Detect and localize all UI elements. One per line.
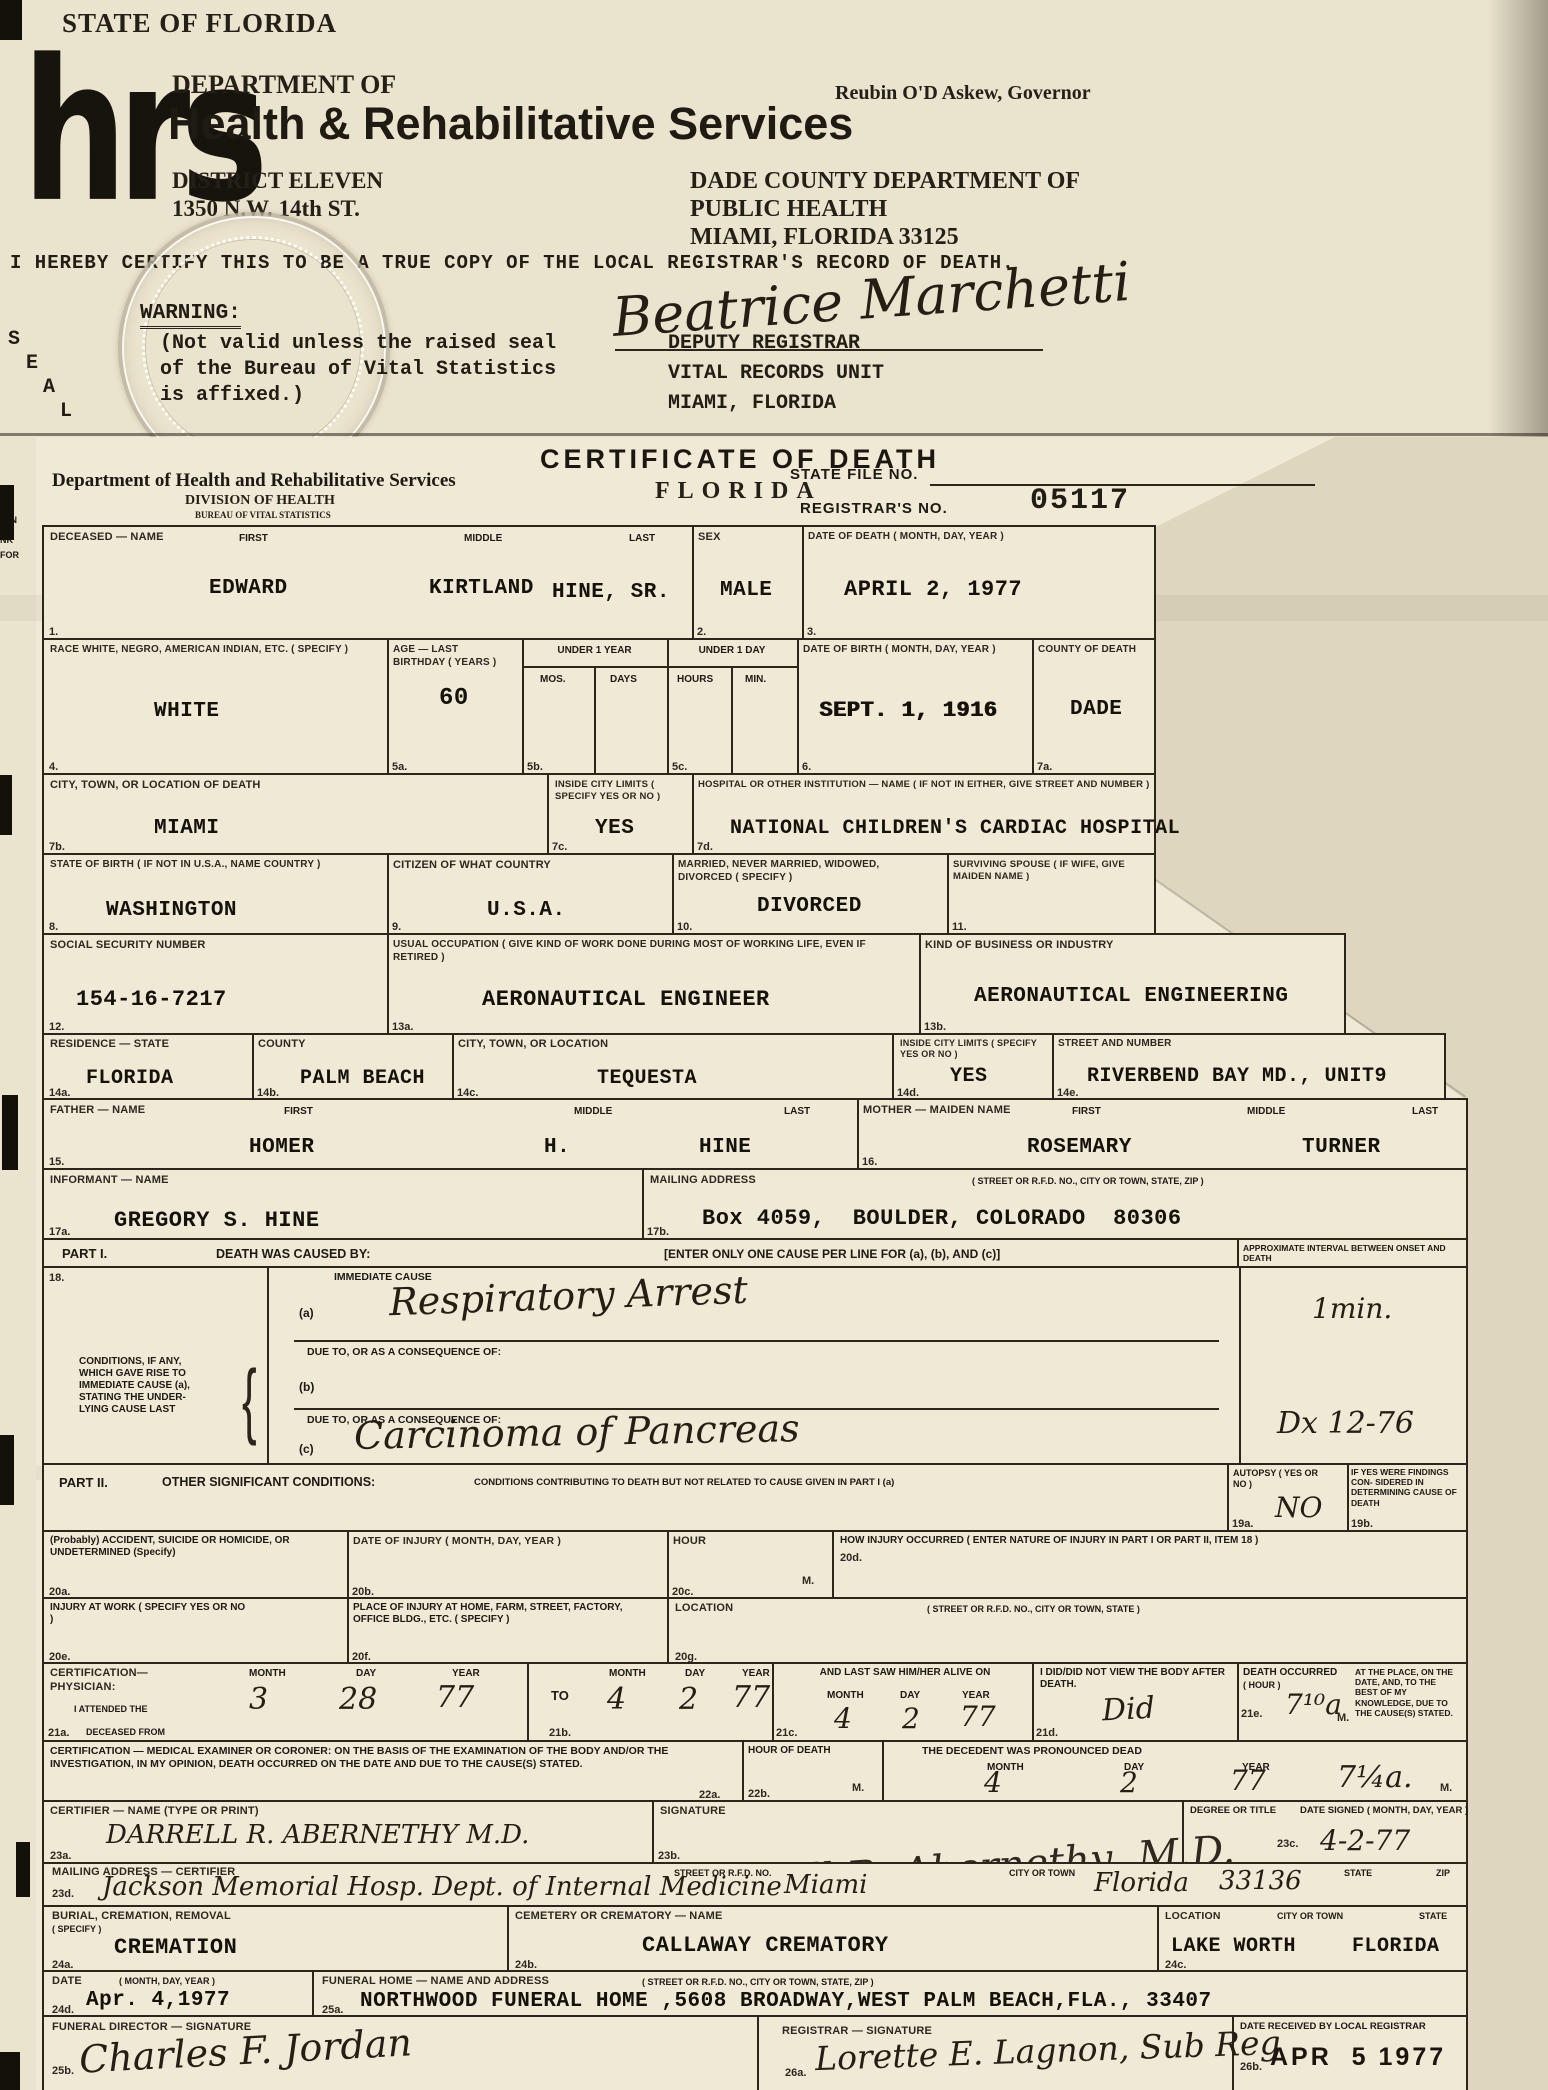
form-agency-line2: DIVISION OF HEALTH bbox=[185, 493, 335, 509]
field-residence-city: CITY, TOWN, OR LOCATION 14c. TEQUESTA bbox=[452, 1035, 894, 1102]
row-parents: FATHER — NAME FIRST MIDDLE LAST 15. HOME… bbox=[42, 1098, 1468, 1174]
field-label: HOW INJURY OCCURRED ( ENTER NATURE OF IN… bbox=[840, 1535, 1258, 1547]
value-viewed-body: Did bbox=[1101, 1691, 1156, 1729]
field-number: 1. bbox=[49, 626, 58, 638]
value-to-day: 2 bbox=[679, 1682, 698, 1717]
field-number: 17b. bbox=[647, 1226, 669, 1238]
field-residence-county: COUNTY 14b. PALM BEACH bbox=[252, 1035, 454, 1102]
value-interval-a: 1min. bbox=[1312, 1292, 1392, 1325]
field-number: 18. bbox=[49, 1272, 64, 1284]
field-number: 19b. bbox=[1351, 1518, 1373, 1530]
col-label-day: DAY bbox=[685, 1668, 705, 1679]
value-burial-date: Apr. 4,1977 bbox=[86, 1989, 230, 2012]
value-hospital: NATIONAL CHILDREN'S CARDIAC HOSPITAL bbox=[730, 817, 1180, 840]
field-city-of-death: CITY, TOWN, OR LOCATION OF DEATH 7b. MIA… bbox=[44, 775, 549, 857]
field-label: SURVIVING SPOUSE ( IF WIFE, GIVE MAIDEN … bbox=[953, 859, 1143, 883]
date-signed-label: DATE SIGNED ( MONTH, DAY, YEAR ) bbox=[1300, 1805, 1468, 1816]
row-deceased: DECEASED — NAME FIRST MIDDLE LAST 1. EDW… bbox=[42, 525, 1156, 644]
field-race: RACE WHITE, NEGRO, AMERICAN INDIAN, ETC.… bbox=[44, 640, 389, 777]
field-number: 20d. bbox=[840, 1552, 862, 1564]
column-divider bbox=[731, 666, 733, 777]
sublabel-zip: ZIP bbox=[1436, 1868, 1450, 1879]
warning-line3: is affixed.) bbox=[160, 384, 304, 407]
value-from-day: 28 bbox=[339, 1682, 377, 1717]
registrar-no-label: REGISTRAR'S NO. bbox=[800, 500, 948, 517]
value-saw-day: 2 bbox=[902, 1702, 920, 1735]
value-marital-status: DIVORCED bbox=[757, 895, 862, 918]
field-label: LOCATION bbox=[675, 1602, 733, 1616]
form-agency-line1: Department of Health and Rehabilitative … bbox=[52, 470, 456, 492]
field-burial-type: BURIAL, CREMATION, REMOVAL ( SPECIFY ) 2… bbox=[44, 1907, 509, 1974]
line-b-label: (b) bbox=[299, 1380, 314, 1394]
subheader: UNDER 1 YEAR bbox=[522, 640, 667, 668]
col-label-last: LAST bbox=[1412, 1106, 1438, 1117]
scan-mark bbox=[2, 1095, 18, 1170]
attended-label: I ATTENDED THE bbox=[74, 1704, 148, 1715]
field-label: UNDER 1 DAY bbox=[699, 645, 766, 656]
row-informant: INFORMANT — NAME 17a. GREGORY S. HINE MA… bbox=[42, 1168, 1468, 1244]
row-residence: RESIDENCE — STATE 14a. FLORIDA COUNTY 14… bbox=[42, 1033, 1446, 1104]
value-father-middle: H. bbox=[544, 1136, 570, 1159]
state-file-label: STATE FILE NO. bbox=[790, 466, 918, 483]
certification-text: AT THE PLACE, ON THE DATE, AND, TO THE B… bbox=[1355, 1667, 1461, 1718]
death-certificate-scan: STATE OF FLORIDA hrs DEPARTMENT OF Healt… bbox=[0, 0, 1548, 2090]
field-place-of-injury: PLACE OF INJURY AT HOME, FARM, STREET, F… bbox=[347, 1599, 669, 1666]
field-date-received: DATE RECEIVED BY LOCAL REGISTRAR 26b. AP… bbox=[1232, 2017, 1466, 2090]
subheader: UNDER 1 DAY bbox=[667, 640, 797, 668]
cause-line-a-rule bbox=[294, 1340, 1219, 1342]
field-pronounced-dead: THE DECEDENT WAS PRONOUNCED DEAD MONTH D… bbox=[882, 1742, 1466, 1804]
row-funeral: DATE ( MONTH, DAY, YEAR ) 24d. Apr. 4,19… bbox=[42, 1970, 1468, 2021]
field-crematory-location: LOCATION CITY OR TOWN STATE 24c. LAKE WO… bbox=[1157, 1907, 1466, 1974]
field-burial-date: DATE ( MONTH, DAY, YEAR ) 24d. Apr. 4,19… bbox=[44, 1972, 314, 2019]
value-saw-year: 77 bbox=[960, 1700, 996, 1733]
value-pronounced-year: 77 bbox=[1230, 1764, 1266, 1797]
part2-label: PART II. bbox=[59, 1475, 108, 1490]
field-label: IF YES WERE FINDINGS CON- SIDERED IN DET… bbox=[1351, 1467, 1461, 1508]
col-label-day: DAY bbox=[356, 1668, 376, 1679]
value-date-of-birth: SEPT. 1, 1916 bbox=[819, 698, 997, 723]
field-label: DATE RECEIVED BY LOCAL REGISTRAR bbox=[1240, 2021, 1460, 2032]
hour-label: ( HOUR ) bbox=[1243, 1680, 1281, 1691]
field-under-1-day: UNDER 1 DAY HOURS MIN. 5c. bbox=[667, 640, 799, 777]
value-residence-limits: YES bbox=[950, 1065, 988, 1088]
seal-letter-a: A bbox=[43, 376, 55, 399]
field-age: AGE — LAST BIRTHDAY ( YEARS ) 5a. 60 bbox=[387, 640, 524, 777]
field-sublabel: ( STREET OR R.F.D. NO., CITY OR TOWN, ST… bbox=[927, 1604, 1140, 1615]
field-number: 7b. bbox=[49, 841, 65, 853]
row-cert-examiner: CERTIFICATION — MEDICAL EXAMINER OR CORO… bbox=[42, 1740, 1468, 1806]
field-label: I DID/DID NOT VIEW THE BODY AFTER DEATH. bbox=[1040, 1667, 1225, 1691]
field-label: CERTIFICATION — MEDICAL EXAMINER OR CORO… bbox=[50, 1745, 722, 1770]
field-street-number: STREET AND NUMBER 14e. RIVERBEND BAY MD.… bbox=[1052, 1035, 1444, 1102]
value-location-state: FLORIDA bbox=[1352, 1935, 1440, 1958]
value-autopsy: NO bbox=[1275, 1491, 1322, 1524]
field-informant-address: MAILING ADDRESS ( STREET OR R.F.D. NO., … bbox=[642, 1170, 1466, 1242]
scan-mark bbox=[0, 775, 12, 835]
field-label: CERTIFICATION— bbox=[50, 1667, 148, 1681]
field-injury-at-work: INJURY AT WORK ( SPECIFY YES OR NO ) 20e… bbox=[44, 1599, 349, 1666]
col-label-month: MONTH bbox=[827, 1690, 864, 1701]
field-injury-hour: HOUR 20c. M. bbox=[667, 1532, 834, 1601]
row-signatures: FUNERAL DIRECTOR — SIGNATURE 25b. Charle… bbox=[42, 2015, 1468, 2090]
row-injury-work: INJURY AT WORK ( SPECIFY YES OR NO ) 20e… bbox=[42, 1597, 1468, 1668]
field-number: 7a. bbox=[1037, 761, 1052, 773]
row-part2: PART II. OTHER SIGNIFICANT CONDITIONS: C… bbox=[42, 1463, 1468, 1536]
field-label: CEMETERY OR CREMATORY — NAME bbox=[515, 1910, 723, 1924]
field-label: AGE — LAST BIRTHDAY ( YEARS ) bbox=[393, 644, 513, 669]
col-label-first: FIRST bbox=[284, 1106, 313, 1117]
field-label: APPROXIMATE INTERVAL BETWEEN ONSET AND D… bbox=[1243, 1243, 1458, 1263]
field-label: PHYSICIAN: bbox=[50, 1681, 116, 1695]
col-label-first: FIRST bbox=[239, 533, 268, 544]
value-occupation: AERONAUTICAL ENGINEER bbox=[482, 987, 770, 1012]
letterhead-dept-name: Health & Rehabilitative Services bbox=[168, 98, 853, 150]
row-burial: BURIAL, CREMATION, REMOVAL ( SPECIFY ) 2… bbox=[42, 1905, 1468, 1976]
field-label: DATE bbox=[52, 1975, 82, 1989]
sheet-top-edge bbox=[0, 433, 1548, 436]
scan-mark bbox=[16, 1842, 30, 1897]
field-label: CERTIFIER — NAME (TYPE OR PRINT) bbox=[50, 1805, 259, 1819]
value-certifier-zip: 33136 bbox=[1219, 1866, 1302, 1896]
value-residence-city: TEQUESTA bbox=[597, 1067, 697, 1090]
field-number: 12. bbox=[49, 1021, 64, 1033]
field-number: 13a. bbox=[392, 1021, 413, 1033]
field-examiner-certification: CERTIFICATION — MEDICAL EXAMINER OR CORO… bbox=[44, 1742, 744, 1804]
margin-fragment-3: FOR bbox=[0, 550, 19, 561]
field-accident-type: (Probably) ACCIDENT, SUICIDE OR HOMICIDE… bbox=[44, 1532, 349, 1601]
field-number: 2. bbox=[697, 626, 706, 638]
part1-title: DEATH WAS CAUSED BY: bbox=[216, 1247, 370, 1261]
deputy-title: DEPUTY REGISTRAR bbox=[668, 332, 860, 355]
field-number: 17a. bbox=[49, 1226, 70, 1238]
value-citizen: U.S.A. bbox=[487, 899, 566, 922]
row-vitals: RACE WHITE, NEGRO, AMERICAN INDIAN, ETC.… bbox=[42, 638, 1156, 779]
col-label-month: MONTH bbox=[609, 1668, 646, 1679]
field-number: 16. bbox=[862, 1156, 877, 1168]
field-label: (Probably) ACCIDENT, SUICIDE OR HOMICIDE… bbox=[50, 1535, 330, 1559]
field-number: 4. bbox=[49, 761, 58, 773]
field-injury-location: LOCATION ( STREET OR R.F.D. NO., CITY OR… bbox=[667, 1599, 1466, 1666]
field-inside-city-limits: INSIDE CITY LIMITS ( SPECIFY YES OR NO )… bbox=[547, 775, 694, 857]
col-label-last: LAST bbox=[784, 1106, 810, 1117]
field-marital-status: MARRIED, NEVER MARRIED, WIDOWED, DIVORCE… bbox=[672, 855, 949, 937]
field-number: 5c. bbox=[672, 761, 687, 773]
registrar-no-value: 05117 bbox=[1030, 484, 1130, 518]
value-first-name: EDWARD bbox=[209, 577, 288, 600]
col-label-months: MOS. bbox=[540, 674, 566, 685]
seal-letter-s: S bbox=[8, 328, 20, 351]
field-label: USUAL OCCUPATION ( GIVE KIND OF WORK DON… bbox=[393, 939, 903, 964]
field-residence-state: RESIDENCE — STATE 14a. FLORIDA bbox=[44, 1035, 254, 1102]
value-death-hour: 7¹⁰a bbox=[1285, 1688, 1342, 1721]
scan-mark bbox=[0, 2052, 20, 2090]
row-work: SOCIAL SECURITY NUMBER 12. 154-16-7217 U… bbox=[42, 933, 1346, 1039]
row-certifier-address: MAILING ADDRESS — CERTIFIER 23d. STREET … bbox=[42, 1862, 1468, 1911]
value-middle-name: KIRTLAND bbox=[429, 577, 534, 600]
field-attended-from: CERTIFICATION— PHYSICIAN: I ATTENDED THE… bbox=[44, 1664, 529, 1744]
col-label-month: MONTH bbox=[249, 1668, 286, 1679]
field-label: CITY, TOWN, OR LOCATION bbox=[458, 1038, 608, 1052]
field-label: DATE OF DEATH ( MONTH, DAY, YEAR ) bbox=[808, 531, 1004, 544]
brace-glyph: { bbox=[242, 1354, 257, 1449]
sublabel-state: STATE bbox=[1419, 1911, 1447, 1922]
field-number: 5b. bbox=[527, 761, 543, 773]
meridiem-label: M. bbox=[802, 1575, 814, 1587]
value-certifier-name: DARRELL R. ABERNETHY M.D. bbox=[106, 1820, 529, 1850]
col-label-days: DAYS bbox=[610, 674, 637, 685]
field-certifier-name: CERTIFIER — NAME (TYPE OR PRINT) 23a. DA… bbox=[44, 1802, 654, 1866]
value-from-month: 3 bbox=[249, 1682, 268, 1717]
value-crematory-name: CALLAWAY CREMATORY bbox=[642, 1933, 889, 1958]
field-number: 13b. bbox=[924, 1021, 946, 1033]
field-sublabel: ( SPECIFY ) bbox=[52, 1924, 101, 1935]
part2-conditions: PART II. OTHER SIGNIFICANT CONDITIONS: C… bbox=[44, 1465, 1229, 1534]
col-label-hours: HOURS bbox=[677, 674, 713, 685]
field-business: KIND OF BUSINESS OR INDUSTRY 13b. AERONA… bbox=[919, 935, 1344, 1037]
field-label: KIND OF BUSINESS OR INDUSTRY bbox=[925, 939, 1114, 953]
row-accident: (Probably) ACCIDENT, SUICIDE OR HOMICIDE… bbox=[42, 1530, 1468, 1603]
field-label: HOSPITAL OR OTHER INSTITUTION — NAME ( I… bbox=[698, 779, 1149, 791]
field-hospital: HOSPITAL OR OTHER INSTITUTION — NAME ( I… bbox=[692, 775, 1154, 857]
warning-line1: (Not valid unless the raised seal bbox=[160, 332, 556, 355]
field-label: SOCIAL SECURITY NUMBER bbox=[50, 939, 206, 953]
field-number: 22b. bbox=[748, 1788, 770, 1800]
governor-name: Reubin O'D Askew, Governor bbox=[835, 82, 1091, 105]
sublabel-state: STATE bbox=[1344, 1868, 1372, 1879]
deputy-unit: VITAL RECORDS UNIT bbox=[668, 362, 884, 385]
field-label: INFORMANT — NAME bbox=[50, 1174, 169, 1188]
row-cert-physician: CERTIFICATION— PHYSICIAN: I ATTENDED THE… bbox=[42, 1662, 1468, 1746]
value-certifier-state: Florida bbox=[1094, 1868, 1189, 1898]
warning-title: WARNING: bbox=[140, 302, 241, 329]
deputy-city: MIAMI, FLORIDA bbox=[668, 392, 836, 415]
form-agency-line3: BUREAU OF VITAL STATISTICS bbox=[195, 510, 331, 520]
col-label-first: FIRST bbox=[1072, 1106, 1101, 1117]
value-location-city: LAKE WORTH bbox=[1171, 1935, 1296, 1958]
field-date-of-birth: DATE OF BIRTH ( MONTH, DAY, YEAR ) 6. SE… bbox=[797, 640, 1034, 777]
county-dept-line2: PUBLIC HEALTH bbox=[690, 196, 887, 223]
field-label: STREET AND NUMBER bbox=[1058, 1038, 1172, 1051]
field-label: DEATH OCCURRED bbox=[1243, 1667, 1337, 1679]
field-label: INSIDE CITY LIMITS ( SPECIFY YES OR NO ) bbox=[900, 1038, 1040, 1061]
county-dept-line1: DADE COUNTY DEPARTMENT OF bbox=[690, 168, 1080, 195]
to-label: TO bbox=[551, 1688, 569, 1703]
meridiem-label: M. bbox=[1440, 1782, 1452, 1794]
row-certifier: CERTIFIER — NAME (TYPE OR PRINT) 23a. DA… bbox=[42, 1800, 1468, 1868]
field-under-1-year: UNDER 1 YEAR MOS. DAYS 5b. bbox=[522, 640, 669, 777]
due-to-label-1: DUE TO, OR AS A CONSEQUENCE OF: bbox=[307, 1346, 501, 1358]
seal-letter-l: L bbox=[60, 400, 72, 423]
field-number: 21c. bbox=[776, 1727, 797, 1739]
field-number: 23c. bbox=[1277, 1838, 1298, 1850]
value-date-of-death: APRIL 2, 1977 bbox=[844, 577, 1022, 602]
col-label-year: YEAR bbox=[452, 1668, 480, 1679]
field-number: 25b. bbox=[52, 2065, 74, 2077]
seal-letter-e: E bbox=[26, 352, 38, 375]
field-number: 15. bbox=[49, 1156, 64, 1168]
meridiem-label: M. bbox=[852, 1782, 864, 1794]
part1-cause-column: IMMEDIATE CAUSE (a) Respiratory Arrest D… bbox=[267, 1268, 1241, 1467]
column-divider bbox=[594, 666, 596, 777]
field-label: AUTOPSY ( YES OR NO ) bbox=[1233, 1468, 1333, 1490]
value-last-name: HINE, SR. bbox=[552, 581, 670, 604]
field-label: RACE WHITE, NEGRO, AMERICAN INDIAN, ETC.… bbox=[50, 644, 375, 657]
field-number: 26b. bbox=[1240, 2061, 1262, 2073]
field-label: FUNERAL HOME — NAME AND ADDRESS bbox=[322, 1975, 549, 1989]
field-how-injury: HOW INJURY OCCURRED ( ENTER NATURE OF IN… bbox=[832, 1532, 1466, 1601]
field-funeral-home: FUNERAL HOME — NAME AND ADDRESS ( STREET… bbox=[312, 1972, 1466, 2019]
field-registrar-signature: REGISTRAR — SIGNATURE 26a. Lorette E. La… bbox=[757, 2017, 1234, 2090]
value-funeral-home: NORTHWOOD FUNERAL HOME ,5608 BROADWAY,WE… bbox=[360, 1990, 1212, 2013]
value-interval-c: Dx 12-76 bbox=[1277, 1406, 1414, 1441]
sublabel-city: CITY OR TOWN bbox=[1009, 1868, 1075, 1879]
field-number: 21e. bbox=[1241, 1708, 1262, 1720]
from-label: DECEASED FROM bbox=[86, 1727, 165, 1738]
scan-mark bbox=[0, 1435, 14, 1505]
line-a-label: (a) bbox=[299, 1306, 314, 1320]
field-funeral-director-signature: FUNERAL DIRECTOR — SIGNATURE 25b. Charle… bbox=[44, 2017, 759, 2090]
letterhead-dept: DEPARTMENT OF bbox=[172, 70, 396, 100]
letterhead-district: DISTRICT ELEVEN bbox=[172, 168, 383, 194]
field-number: 23d. bbox=[52, 1888, 74, 1900]
field-number: 26a. bbox=[785, 2067, 806, 2079]
field-label: COUNTY OF DEATH bbox=[1038, 644, 1136, 657]
field-county-of-death: COUNTY OF DEATH 7a. DADE bbox=[1032, 640, 1154, 777]
field-viewed-body: I DID/DID NOT VIEW THE BODY AFTER DEATH.… bbox=[1032, 1664, 1239, 1744]
value-pronounced-day: 2 bbox=[1120, 1766, 1138, 1799]
value-county-of-death: DADE bbox=[1070, 698, 1122, 721]
field-deceased-name: DECEASED — NAME FIRST MIDDLE LAST 1. EDW… bbox=[44, 527, 694, 642]
part2-sublabel: CONDITIONS CONTRIBUTING TO DEATH BUT NOT… bbox=[474, 1477, 894, 1488]
meridiem-label: M. bbox=[1337, 1712, 1349, 1724]
col-label-middle: MIDDLE bbox=[464, 533, 502, 544]
field-label: FATHER — NAME bbox=[50, 1104, 145, 1118]
value-residence-state: FLORIDA bbox=[86, 1067, 174, 1090]
field-label: DECEASED — NAME bbox=[50, 531, 164, 545]
field-label: STATE OF BIRTH ( IF NOT IN U.S.A., NAME … bbox=[50, 859, 370, 872]
field-ssn: SOCIAL SECURITY NUMBER 12. 154-16-7217 bbox=[44, 935, 389, 1037]
value-residence-county: PALM BEACH bbox=[300, 1067, 425, 1090]
value-mother-last: TURNER bbox=[1302, 1136, 1381, 1159]
col-label-last: LAST bbox=[629, 533, 655, 544]
field-label: CITIZEN OF WHAT COUNTRY bbox=[393, 859, 551, 873]
value-city-of-death: MIAMI bbox=[154, 817, 220, 840]
field-sublabel: ( STREET OR R.F.D. NO., CITY OR TOWN, ST… bbox=[642, 1977, 874, 1988]
field-label: BURIAL, CREMATION, REMOVAL bbox=[52, 1910, 231, 1924]
field-mother-name: MOTHER — MAIDEN NAME FIRST MIDDLE LAST 1… bbox=[857, 1100, 1466, 1172]
row-part1-body: 18. CONDITIONS, IF ANY, WHICH GAVE RISE … bbox=[42, 1266, 1468, 1469]
field-number: 6. bbox=[802, 761, 811, 773]
field-number: 23a. bbox=[50, 1850, 71, 1862]
field-label: MARRIED, NEVER MARRIED, WIDOWED, DIVORCE… bbox=[678, 859, 933, 884]
field-surviving-spouse: SURVIVING SPOUSE ( IF WIFE, GIVE MAIDEN … bbox=[947, 855, 1154, 937]
field-label: PLACE OF INJURY AT HOME, FARM, STREET, F… bbox=[353, 1602, 653, 1626]
scan-mark bbox=[0, 485, 14, 540]
value-saw-month: 4 bbox=[834, 1702, 852, 1735]
value-certifier-address: Jackson Memorial Hosp. Dept. of Internal… bbox=[102, 1872, 782, 1902]
field-date-of-death: DATE OF DEATH ( MONTH, DAY, YEAR ) 3. AP… bbox=[802, 527, 1154, 642]
field-death-occurred: DEATH OCCURRED ( HOUR ) 21e. 7¹⁰a M. AT … bbox=[1237, 1664, 1466, 1744]
field-label: HOUR OF DEATH bbox=[748, 1745, 843, 1757]
field-label: MAILING ADDRESS bbox=[650, 1174, 756, 1188]
field-number: 7c. bbox=[552, 841, 567, 853]
value-immediate-cause: Respiratory Arrest bbox=[388, 1268, 748, 1324]
paper-edge-shade bbox=[1488, 0, 1548, 440]
value-from-year: 77 bbox=[436, 1680, 474, 1715]
field-number: 21d. bbox=[1036, 1727, 1058, 1739]
field-sublabel: ( STREET OR R.F.D. NO., CITY OR TOWN, ST… bbox=[972, 1176, 1204, 1187]
value-mother-first: ROSEMARY bbox=[1027, 1136, 1132, 1159]
degree-label: DEGREE OR TITLE bbox=[1190, 1805, 1276, 1816]
field-label: CITY, TOWN, OR LOCATION OF DEATH bbox=[50, 779, 261, 793]
value-pronounced-month: 4 bbox=[984, 1766, 1002, 1799]
value-informant-address: Box 4059, BOULDER, COLORADO 80306 bbox=[702, 1206, 1182, 1231]
value-to-year: 77 bbox=[732, 1680, 770, 1715]
field-number: 9. bbox=[392, 921, 401, 933]
field-crematory-name: CEMETERY OR CREMATORY — NAME 24b. CALLAW… bbox=[507, 1907, 1159, 1974]
field-residence-limits: INSIDE CITY LIMITS ( SPECIFY YES OR NO )… bbox=[892, 1035, 1054, 1102]
col-label-day: DAY bbox=[900, 1690, 920, 1701]
field-label: DATE OF BIRTH ( MONTH, DAY, YEAR ) bbox=[803, 644, 1023, 657]
field-label: HOUR bbox=[673, 1535, 706, 1549]
value-pronounced-hour: 7¼a. bbox=[1337, 1760, 1413, 1795]
field-autopsy: AUTOPSY ( YES OR NO ) 19a. NO bbox=[1227, 1465, 1349, 1534]
value-informant-name: GREGORY S. HINE bbox=[114, 1208, 320, 1233]
field-father-name: FATHER — NAME FIRST MIDDLE LAST 15. HOME… bbox=[44, 1100, 859, 1172]
field-label: INJURY AT WORK ( SPECIFY YES OR NO ) bbox=[50, 1602, 250, 1626]
field-hour-of-death: HOUR OF DEATH 22b. M. bbox=[742, 1742, 884, 1804]
field-number: 23b. bbox=[658, 1850, 680, 1862]
field-date-of-injury: DATE OF INJURY ( MONTH, DAY, YEAR ) 20b. bbox=[347, 1532, 669, 1601]
part1-interval-column: 1min. Dx 12-76 bbox=[1237, 1268, 1466, 1467]
field-label: COUNTY bbox=[258, 1038, 306, 1052]
field-label: LOCATION bbox=[1165, 1910, 1221, 1923]
col-label-middle: MIDDLE bbox=[574, 1106, 612, 1117]
row-death-place: CITY, TOWN, OR LOCATION OF DEATH 7b. MIA… bbox=[42, 773, 1156, 859]
field-certifier-address: MAILING ADDRESS — CERTIFIER 23d. STREET … bbox=[44, 1864, 1466, 1909]
field-label: DATE OF INJURY ( MONTH, DAY, YEAR ) bbox=[353, 1535, 561, 1548]
field-citizen: CITIZEN OF WHAT COUNTRY 9. U.S.A. bbox=[387, 855, 674, 937]
field-number: 10. bbox=[677, 921, 692, 933]
field-last-saw-alive: AND LAST SAW HIM/HER ALIVE ON MONTH DAY … bbox=[772, 1664, 1034, 1744]
value-underlying-cause: Carcinoma of Pancreas bbox=[354, 1406, 800, 1458]
value-to-month: 4 bbox=[607, 1682, 626, 1717]
field-label: THE DECEDENT WAS PRONOUNCED DEAD bbox=[922, 1745, 1142, 1758]
field-label: UNDER 1 YEAR bbox=[557, 645, 631, 656]
part2-title: OTHER SIGNIFICANT CONDITIONS: bbox=[162, 1475, 375, 1489]
county-dept-line3: MIAMI, FLORIDA 33125 bbox=[690, 224, 959, 251]
value-father-last: HINE bbox=[699, 1136, 751, 1159]
value-business: AERONAUTICAL ENGINEERING bbox=[974, 985, 1288, 1008]
field-number: 3. bbox=[807, 626, 816, 638]
field-occupation: USUAL OCCUPATION ( GIVE KIND OF WORK DON… bbox=[387, 935, 921, 1037]
field-informant-name: INFORMANT — NAME 17a. GREGORY S. HINE bbox=[44, 1170, 644, 1242]
field-label: AND LAST SAW HIM/HER ALIVE ON bbox=[800, 1667, 1010, 1679]
conditions-label: CONDITIONS, IF ANY, WHICH GAVE RISE TO I… bbox=[79, 1356, 190, 1416]
field-label: SIGNATURE bbox=[660, 1805, 726, 1819]
part1-side-column: 18. CONDITIONS, IF ANY, WHICH GAVE RISE … bbox=[44, 1268, 267, 1467]
value-ssn: 154-16-7217 bbox=[76, 987, 227, 1012]
field-number: 5a. bbox=[392, 761, 407, 773]
field-sex: SEX 2. MALE bbox=[692, 527, 804, 642]
value-street-number: RIVERBEND BAY MD., UNIT9 bbox=[1087, 1065, 1387, 1088]
part1-instruction: [ENTER ONLY ONE CAUSE PER LINE FOR (a), … bbox=[664, 1247, 1000, 1261]
value-date-signed: 4-2-77 bbox=[1320, 1824, 1410, 1857]
field-number: 19a. bbox=[1232, 1518, 1253, 1530]
field-state-of-birth: STATE OF BIRTH ( IF NOT IN U.S.A., NAME … bbox=[44, 855, 389, 937]
col-label-year: YEAR bbox=[742, 1668, 770, 1679]
